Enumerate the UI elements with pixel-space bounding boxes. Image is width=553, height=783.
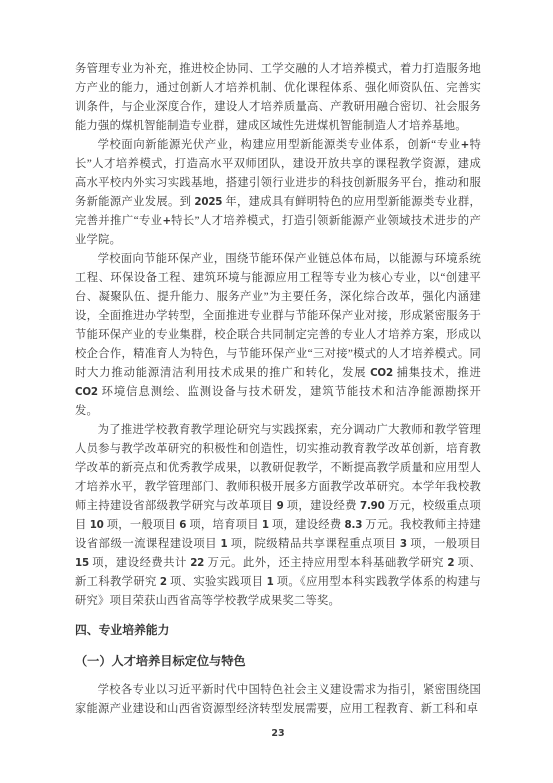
page-number: 23	[75, 728, 481, 739]
latin-text: +	[162, 215, 170, 227]
latin-text: 8.3	[345, 519, 363, 531]
latin-text: 1	[220, 538, 227, 550]
latin-text: 3	[400, 538, 407, 550]
subsection-heading: （一）人才培养目标定位与特色	[75, 651, 481, 671]
body-paragraph-training-goals: 学校各专业以习近平新时代中国特色社会主义建设需求为指引，紧密围绕国家能源产业建设…	[75, 681, 481, 719]
document-page: 务管理专业为补充，推进校企协同、工学交融的人才培养模式，着力打造服务地方产业的能…	[0, 0, 553, 783]
body-paragraph-teaching-reform: 为了推进学校教育教学理论研究与实践探索，充分调动广大教师和教学管理人员参与教学改…	[75, 421, 481, 611]
latin-text: 2025	[194, 196, 222, 208]
latin-text: 7.90	[360, 500, 385, 512]
body-paragraph-continuation: 务管理专业为补充，推进校企协同、工学交融的人才培养模式，着力打造服务地方产业的能…	[75, 60, 481, 136]
latin-text: 22	[190, 557, 204, 569]
latin-text: 2	[447, 557, 454, 569]
body-paragraph-solar-industry: 学校面向新能源光伏产业，构建应用型新能源类专业体系，创新“专业+特长”人才培养模…	[75, 136, 481, 250]
latin-text: 10	[90, 519, 104, 531]
body-paragraph-energy-saving: 学校面向节能环保产业，围绕节能环保产业链总体布局，以能源与环境系统工程、环保设备…	[75, 250, 481, 421]
latin-text: CO2	[75, 386, 98, 398]
latin-text: +	[461, 139, 469, 151]
latin-text: 9	[277, 500, 284, 512]
latin-text: 1	[262, 519, 269, 531]
section-heading: 四、专业培养能力	[75, 620, 481, 640]
latin-text: 1	[267, 576, 274, 588]
latin-text: 2	[160, 576, 167, 588]
latin-text: 15	[75, 557, 89, 569]
latin-text: 6	[179, 519, 186, 531]
latin-text: CO2	[370, 367, 393, 379]
